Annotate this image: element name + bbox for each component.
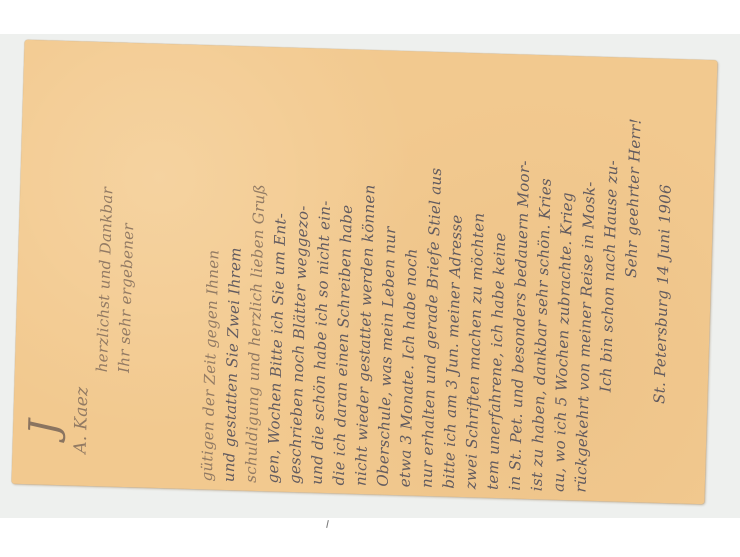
text-line: rückgekehrt von meiner Reise in Mosk-: [572, 181, 599, 493]
text-line: gütigen der Zeit gegen Ihnen: [198, 249, 223, 481]
text-line: Ich bin schon nach Hause zu-: [597, 160, 622, 393]
text-line: tem unerfahrene, ich habe keine: [484, 232, 510, 490]
signature-flourish: J: [21, 419, 67, 436]
closing-line: herzlichst und Dankbar: [93, 187, 116, 373]
text-line: Oberschule, was mein Leben nur: [374, 226, 400, 487]
scan-mark: [326, 520, 329, 528]
place-date-line: St. Petersburg 14 Juni 1906: [650, 184, 675, 404]
closing-line: Ihr sehr ergebener: [115, 223, 137, 373]
text-line: gen, Wochen Bitte ich Sie um Ent-: [264, 213, 290, 484]
text-line: etwa 3 Monate. Ich habe noch: [396, 248, 421, 487]
text-line: Sehr geehrter Herr!: [622, 118, 645, 278]
postcard: St. Petersburg 14 Juni 1906 Sehr geehrte…: [12, 40, 718, 504]
handwritten-text: St. Petersburg 14 Juni 1906 Sehr geehrte…: [12, 40, 718, 504]
signature-name: A. Kaez: [70, 386, 92, 454]
text-line: und gestatten Sie Zwei Ihrem: [220, 247, 245, 482]
